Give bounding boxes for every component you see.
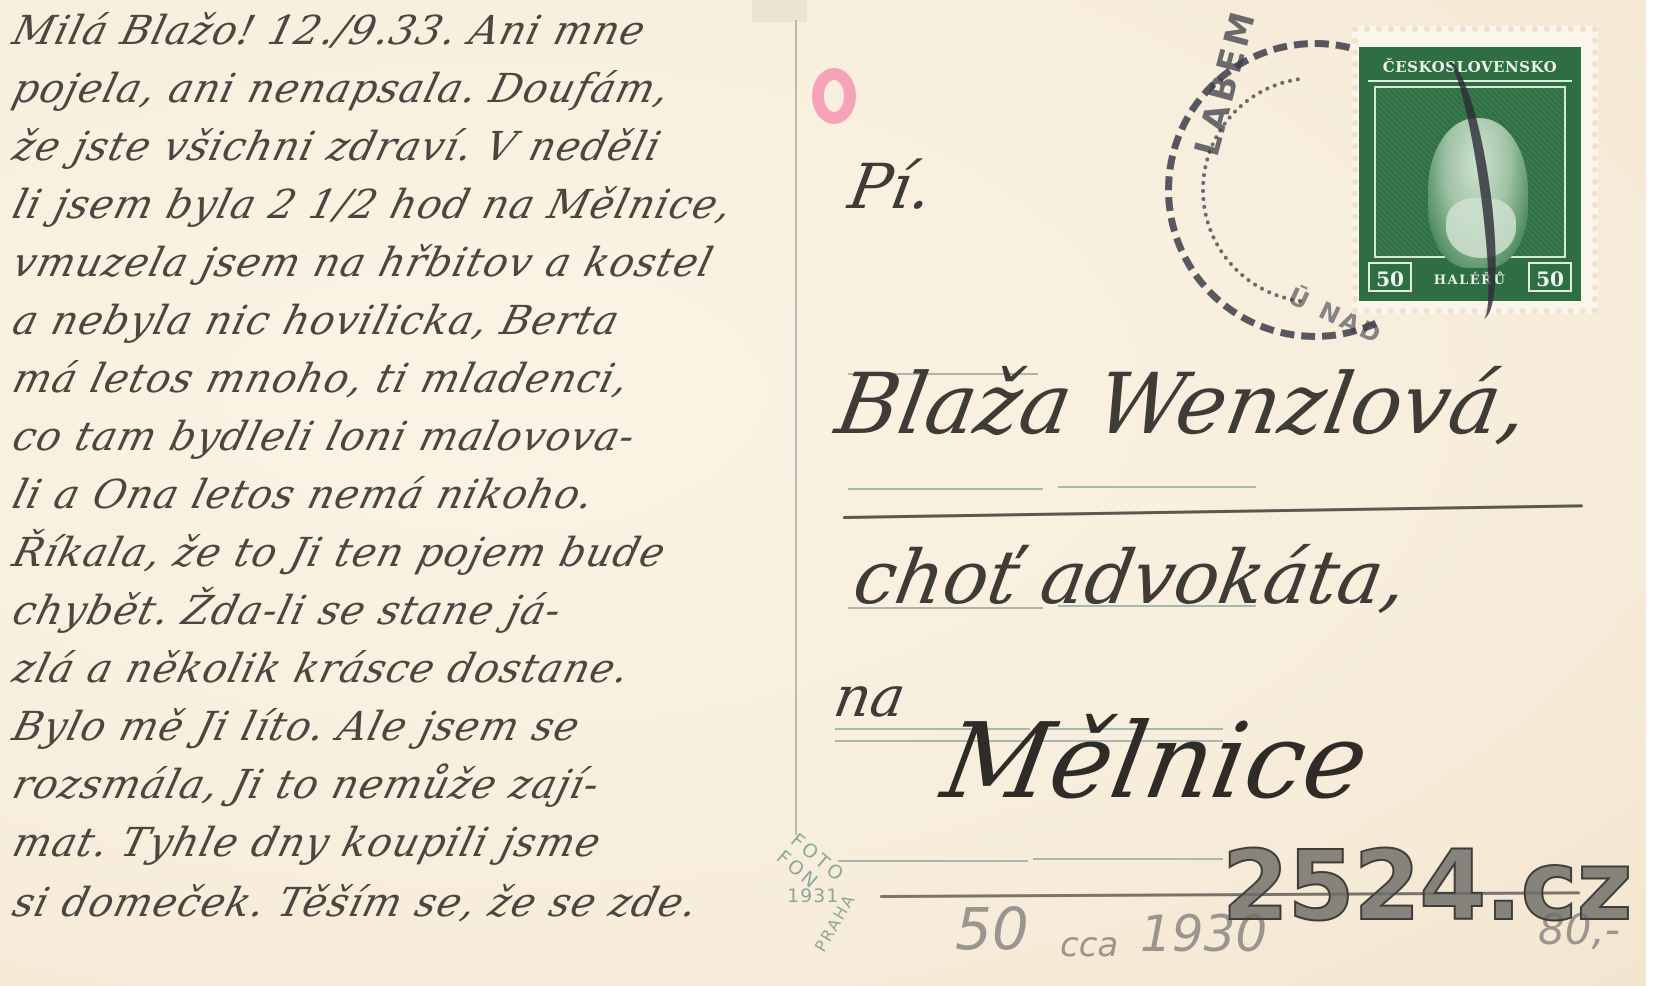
- message-line: co tam bydleli loni malovova-: [8, 414, 640, 460]
- address-guide-line: [848, 488, 1043, 490]
- message-line: rozsmála, Ji to nemůže zají-: [8, 762, 605, 808]
- stamp-value-left: 50: [1368, 262, 1412, 292]
- pencil-circa: cca: [1060, 925, 1118, 965]
- message-line: pojela, ani nenapsala. Doufám,: [8, 66, 675, 112]
- message-line: a nebyla nic hovilicka, Berta: [8, 298, 625, 344]
- address-guide-line: [1033, 858, 1223, 860]
- message-line: má letos mnoho, ti mladenci,: [8, 356, 634, 402]
- address-underline: [843, 504, 1583, 519]
- address-guide-line: [838, 860, 1028, 862]
- address-line2: choť advokáta,: [847, 535, 1413, 621]
- printer-mark: FOTO FON 1931 PRAHA: [765, 845, 855, 935]
- paper-tear: [752, 0, 807, 22]
- address-salutation: Pí.: [844, 150, 938, 223]
- message-line: že jste všichni zdraví. V neděli: [8, 124, 666, 170]
- address-town: Mělnice: [934, 700, 1377, 822]
- message-line: chybět. Žda-li se stane já-: [8, 588, 566, 634]
- message-line: Milá Blažo! 12./9.33. Ani mne: [8, 8, 651, 54]
- pencil-price-left: 50: [955, 895, 1029, 963]
- address-na: na: [829, 665, 910, 730]
- message-line: Bylo mě Ji líto. Ale jsem se: [8, 704, 585, 750]
- message-line: mat. Tyhle dny koupili jsme: [8, 820, 606, 866]
- message-line: zlá a několik krásce dostane.: [8, 646, 635, 692]
- address-guide-line: [1058, 486, 1256, 488]
- message-line: li a Ona letos nemá nikoho.: [8, 472, 599, 518]
- watermark: 2524.cz: [1222, 838, 1631, 934]
- center-divider-line: [795, 20, 797, 835]
- message-line: vmuzela jsem na hřbitov a kostel: [8, 240, 718, 286]
- pink-ring-mark: [812, 68, 856, 124]
- message-line: si domeček. Těším se, že se zde.: [8, 880, 703, 926]
- message-line: li jsem byla 2 1/2 hod na Mělnice,: [8, 182, 737, 228]
- stamp-country: ČESKOSLOVENSKO: [1368, 54, 1572, 82]
- printer-year: 1931: [787, 885, 839, 907]
- message-line: Říkala, že to Ji ten pojem bude: [8, 530, 671, 576]
- address-name: Blaža Wenzlová,: [829, 355, 1535, 453]
- stamp-value-right: 50: [1528, 262, 1572, 292]
- postcard-back: Milá Blažo! 12./9.33. Ani mne pojela, an…: [0, 0, 1646, 986]
